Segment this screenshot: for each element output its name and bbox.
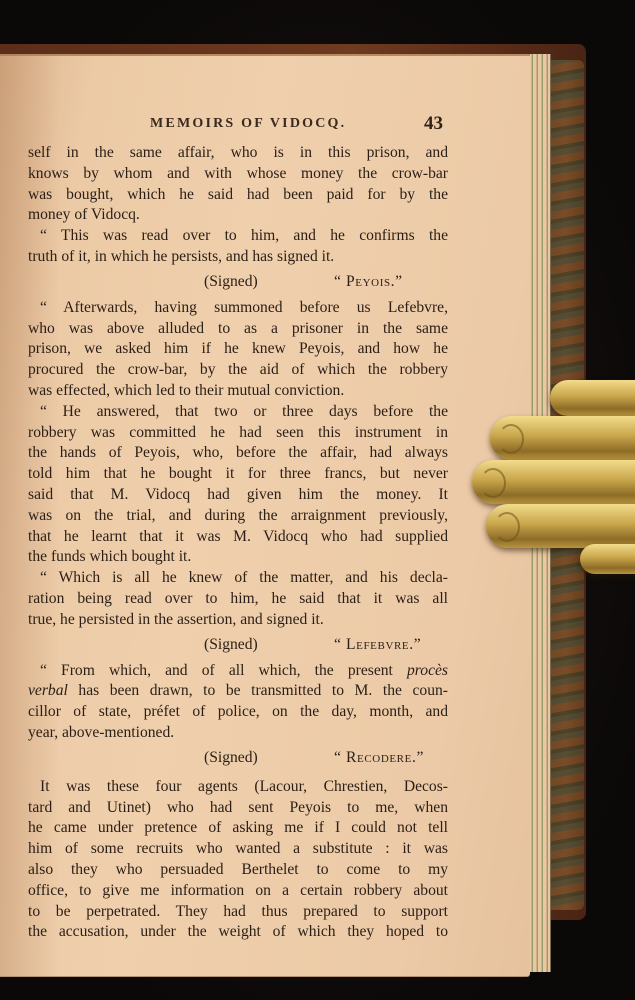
text-line: told him that he bought it for three fra… [28, 464, 448, 485]
fingernail [498, 424, 524, 454]
fingernail [480, 468, 506, 498]
signature-recodere: (Signed) “ Recodere.” [28, 744, 448, 774]
text-span: has been drawn, to be transmitted to M. … [68, 682, 448, 699]
signatory-name: “ Peyois.” [334, 272, 403, 293]
text-line: was effected, which led to their mutual … [28, 381, 448, 402]
page-body: self in the same affair, who is in this … [28, 143, 448, 943]
signed-label: (Signed) [204, 635, 258, 656]
signatory-name: “ Lefebvre.” [334, 635, 421, 656]
text-line: office, to give me information on a cert… [28, 881, 448, 902]
text-line: procured the crow-bar, by the aid of whi… [28, 360, 448, 381]
signed-label: (Signed) [204, 748, 258, 769]
text-line: truth of it, in which he persists, and h… [28, 247, 448, 268]
paragraph-3: “ From which, and of all which, the pres… [28, 661, 448, 744]
text-line: “ Afterwards, having summoned before us … [28, 298, 448, 319]
text-line: also they who persuaded Berthelet to com… [28, 860, 448, 881]
italic-text: procès [407, 662, 448, 679]
text-line: the hands of Peyois, who, before the aff… [28, 443, 448, 464]
text-line: true, he persisted in the assertion, and… [28, 610, 448, 631]
page-number: 43 [424, 113, 443, 135]
text-line: year, above-mentioned. [28, 723, 448, 744]
text-line: that he learnt that it was M. Vidocq who… [28, 527, 448, 548]
text-line: who was above alluded to as a prisoner i… [28, 319, 448, 340]
running-title: MEMOIRS OF VIDOCQ. [150, 116, 346, 132]
text-line: ration being read over to him, he said t… [28, 589, 448, 610]
text-span: “ From which, and of all which, the pres… [40, 662, 407, 679]
text-line: self in the same affair, who is in this … [28, 143, 448, 164]
text-line: knows by whom and with whose money the c… [28, 164, 448, 185]
paragraph-4: It was these four agents (Lacour, Chrest… [28, 777, 448, 943]
text-line: robbery was committed he had seen this i… [28, 423, 448, 444]
signature-peyois: (Signed) “ Peyois.” [28, 268, 448, 298]
finger [486, 504, 635, 548]
text-line: “ Which is all he knew of the matter, an… [28, 568, 448, 589]
text-line: he came under pretence of asking me if I… [28, 818, 448, 839]
signature-lefebvre: (Signed) “ Lefebvre.” [28, 631, 448, 661]
text-line: the accusation, under the weight of whic… [28, 922, 448, 943]
paragraph-1: self in the same affair, who is in this … [28, 143, 448, 268]
text-line: money of Vidocq. [28, 205, 448, 226]
finger [472, 460, 635, 504]
signed-label: (Signed) [204, 272, 258, 293]
finger [550, 380, 635, 416]
text-line: cillor of state, préfet of police, on th… [28, 702, 448, 723]
paragraph-2: “ Afterwards, having summoned before us … [28, 298, 448, 631]
fingernail [494, 512, 520, 542]
text-line: him of some recruits who wanted a substi… [28, 839, 448, 860]
italic-text: verbal [28, 682, 68, 699]
text-line: “ This was read over to him, and he conf… [28, 226, 448, 247]
running-head: MEMOIRS OF VIDOCQ. 43 [0, 116, 460, 136]
text-line: the funds which bought it. [28, 547, 448, 568]
text-line: was bought, which he said had been paid … [28, 185, 448, 206]
text-line: prison, we asked him if he knew Peyois, … [28, 339, 448, 360]
text-line: verbal has been drawn, to be transmitted… [28, 681, 448, 702]
brass-hand-page-weight [470, 376, 635, 572]
text-line: “ He answered, that two or three days be… [28, 402, 448, 423]
text-line: It was these four agents (Lacour, Chrest… [28, 777, 448, 798]
finger [490, 416, 635, 460]
text-line: to be perpetrated. They had thus prepare… [28, 902, 448, 923]
finger [580, 544, 635, 574]
text-line: said that M. Vidocq had given him the mo… [28, 485, 448, 506]
signatory-name: “ Recodere.” [334, 748, 424, 769]
text-line: was on the trial, and during the arraign… [28, 506, 448, 527]
text-line: “ From which, and of all which, the pres… [28, 661, 448, 682]
text-line: tard and Utinet) who had sent Peyois to … [28, 798, 448, 819]
